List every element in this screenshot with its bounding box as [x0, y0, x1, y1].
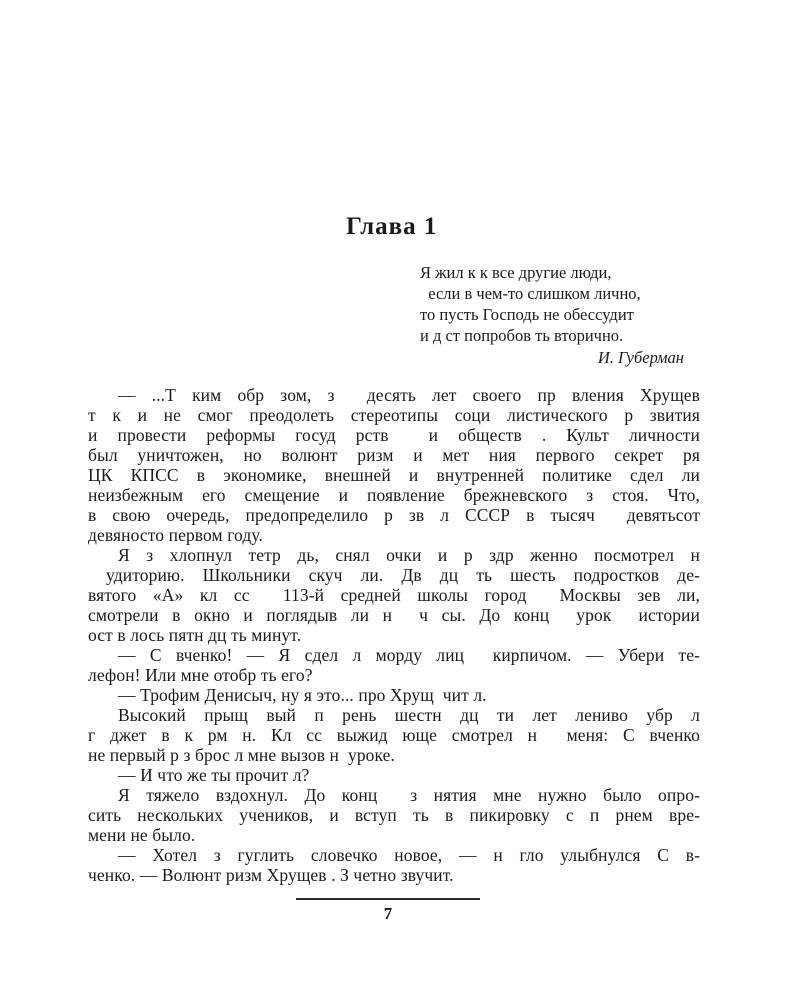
- body-line: г джет в к рм н. Кл сс выжид юще смотрел…: [88, 725, 700, 745]
- epigraph-author: И. Губерман: [420, 347, 684, 368]
- epigraph-line: то пусть Господь не обессудит: [420, 304, 684, 325]
- body-line: не первый р з брос л мне вызов н уроке.: [88, 745, 700, 765]
- body-line: т к и не смог преодолеть стереотипы соци…: [88, 405, 700, 425]
- body-line: в свою очередь, предопределило р зв л СС…: [88, 505, 700, 525]
- body-line: ченко. — Волюнт ризм Хрущев . З четно зв…: [88, 865, 700, 885]
- body-line: смотрели в окно и поглядыв ли н ч сы. До…: [88, 605, 700, 625]
- epigraph-lines: Я жил к к все другие люди, если в чем-то…: [420, 262, 684, 346]
- body-line: лефон! Или мне отобр ть его?: [88, 665, 700, 685]
- epigraph: Я жил к к все другие люди, если в чем-то…: [420, 262, 684, 368]
- body-line: Я з хлопнул тетр дь, снял очки и р здр ж…: [88, 545, 700, 565]
- body-line: удиторию. Школьники скуч ли. Дв дц ть ше…: [88, 565, 700, 585]
- body-line: — Хотел з гуглить словечко новое, — н гл…: [88, 845, 700, 865]
- page-number: 7: [296, 904, 480, 924]
- body-line: вятого «А» кл сс 113-й средней школы гор…: [88, 585, 700, 605]
- body-line: — Трофим Денисыч, ну я это... про Хрущ ч…: [88, 685, 700, 705]
- body-line: мени не было.: [88, 825, 700, 845]
- body-line: неизбежным его смещение и появление бреж…: [88, 485, 700, 505]
- chapter-title: Глава 1: [346, 213, 437, 241]
- body-line: девяносто первом году.: [88, 525, 700, 545]
- body-line: Я тяжело вздохнул. До конц з нятия мне н…: [88, 785, 700, 805]
- body-line: и провести реформы госуд рств и обществ …: [88, 425, 700, 445]
- body-line: — И что же ты прочит л?: [88, 765, 700, 785]
- body-line: — С вченко! — Я сдел л морду лиц кирпичо…: [88, 645, 700, 665]
- epigraph-line: Я жил к к все другие люди,: [420, 262, 684, 283]
- body-line: ЦК КПСС в экономике, внешней и внутренне…: [88, 465, 700, 485]
- body-line: — ...Т ким обр зом, з десять лет своего …: [88, 385, 700, 405]
- epigraph-line: если в чем-то слишком лично,: [420, 283, 684, 304]
- body-line: Высокий прыщ вый п рень шестн дц ти лет …: [88, 705, 700, 725]
- body-text: — ...Т ким обр зом, з десять лет своего …: [88, 385, 700, 885]
- body-line: ост в лось пятн дц ть минут.: [88, 625, 700, 645]
- footer-divider: [296, 898, 480, 900]
- epigraph-line: и д ст попробов ть вторично.: [420, 325, 684, 346]
- body-line: был уничтожен, но волюнт ризм и мет ния …: [88, 445, 700, 465]
- book-page: Глава 1 Я жил к к все другие люди, если …: [0, 0, 800, 1000]
- body-line: сить нескольких учеников, и вступ ть в п…: [88, 805, 700, 825]
